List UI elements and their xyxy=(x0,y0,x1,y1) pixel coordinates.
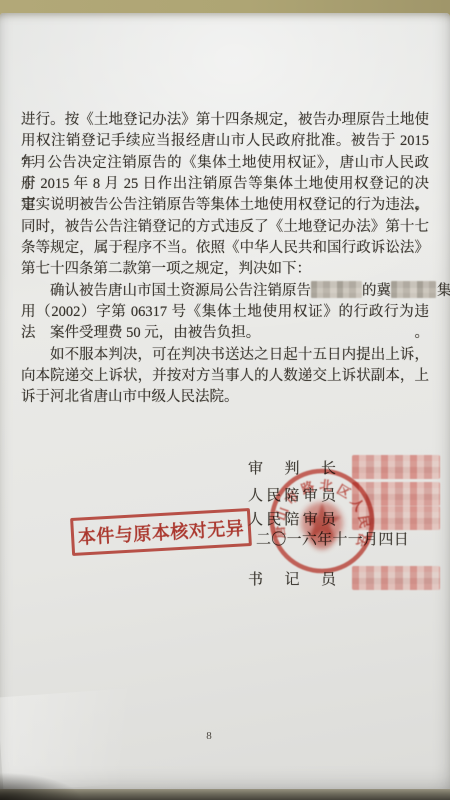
redacted-assessor-name xyxy=(352,506,440,530)
redacted-clerk-name xyxy=(352,566,440,590)
body-line: 进行。按《土地登记办法》第十四条规定，被告办理原告土地使 xyxy=(21,110,429,131)
redaction-block xyxy=(391,281,436,298)
appeal-notice-line: 如不服本判决，可在判决书送达之日起十五日内提出上诉， xyxy=(21,345,429,366)
redaction-block xyxy=(311,281,362,298)
appeal-notice-line: 向本院递交上诉状，并按对方当事人的人数递交上诉状副本，上 xyxy=(21,366,429,387)
body-line: 用（2002）字第 06317 号《集体土地使用权证》的行政行为违法。 xyxy=(21,302,429,323)
page-number: 8 xyxy=(200,730,218,742)
assessor-row: 人民陪审员 xyxy=(248,482,440,506)
assessor-row: 人民陪审员 xyxy=(248,506,440,530)
presiding-judge-label: 审判长 xyxy=(248,457,336,478)
body-line: 条等规定，属于程序不当。依照《中华人民共和国行政诉讼法》 xyxy=(21,238,429,259)
body-line: 用权注销登记手续应当报经唐山市人民政府批准。被告于 2015 年 xyxy=(21,131,429,152)
verification-stamp-text: 本件与原本核对无异 xyxy=(77,514,245,549)
body-line: 于 2015 年 8 月 25 日作出注销原告等集体土地使用权登记的决定， xyxy=(21,174,429,195)
presiding-judge-row: 审判长 xyxy=(248,455,440,479)
result-text-segment: 确认被告唐山市国土资源局公告注销原告 xyxy=(50,283,311,299)
body-line: 7 月公告决定注销原告的《集体土地使用权证》，唐山市人民政府 xyxy=(21,153,429,174)
body-line: 第七十四条第二款第一项之规定，判决如下： xyxy=(21,259,429,280)
judgment-body-text: 进行。按《土地登记办法》第十四条规定，被告办理原告土地使 用权注销登记手续应当报… xyxy=(21,110,429,409)
redacted-judge-name xyxy=(352,455,440,479)
result-text-segment: 集 xyxy=(437,283,450,299)
clerk-row: 书记员 xyxy=(248,566,440,590)
redacted-assessor-name xyxy=(352,482,440,506)
desk-surface-bottom xyxy=(0,789,450,800)
judgment-date: 二〇一六年十一月四日 xyxy=(256,528,409,549)
body-line: 同时，被告公告注销登记的方式违反了《土地登记办法》第十七 xyxy=(21,217,429,238)
appeal-notice-line: 诉于河北省唐山市中级人民法院。 xyxy=(21,387,429,408)
assessor-label: 人民陪审员 xyxy=(248,484,336,505)
clerk-label: 书记员 xyxy=(248,568,336,589)
result-text-segment: 的冀 xyxy=(362,283,391,299)
body-line: 事实说明被告公告注销原告等集体土地使用权登记的行为违法。 xyxy=(21,195,429,216)
assessor-label: 人民陪审员 xyxy=(248,508,336,529)
judgment-result-line: 确认被告唐山市国土资源局公告注销原告的冀集 xyxy=(21,281,450,302)
